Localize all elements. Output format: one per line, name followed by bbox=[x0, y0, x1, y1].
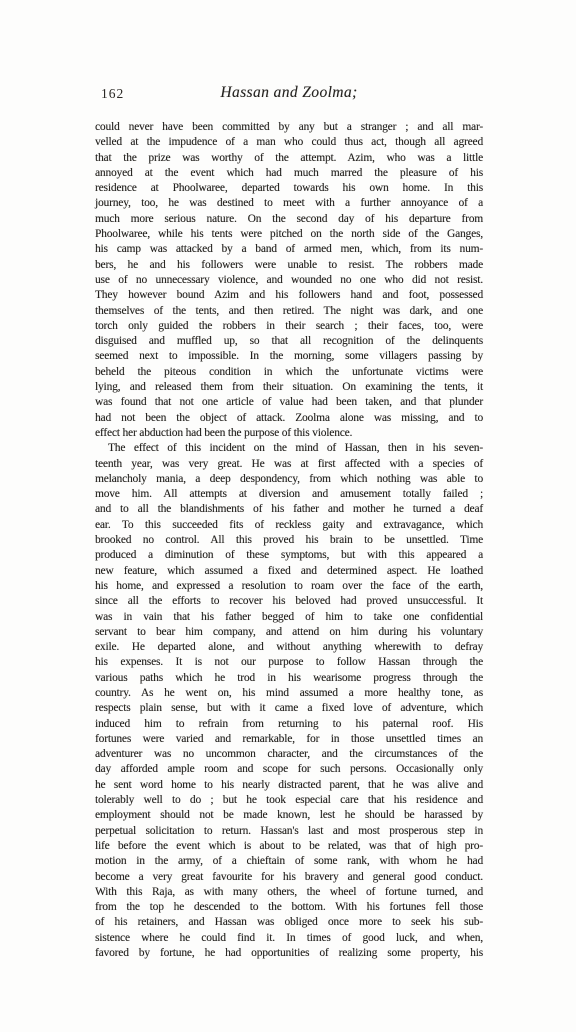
text-line: was in vain that his father begged of hi… bbox=[95, 610, 483, 625]
text-line: Phoolwaree, while his tents were pitched… bbox=[95, 227, 483, 242]
text-line: he sent word home to his nearly distract… bbox=[95, 778, 483, 793]
text-line: effect her abduction had been the purpos… bbox=[95, 426, 483, 441]
text-line: annoyed at the event which had much marr… bbox=[95, 166, 483, 181]
text-line: With this Raja, as with many others, the… bbox=[95, 885, 483, 900]
text-line: motion in the army, of a chieftain of so… bbox=[95, 854, 483, 869]
text-line: his expenses. It is not our purpose to f… bbox=[95, 655, 483, 670]
text-block: 162 Hassan and Zoolma; could never have … bbox=[95, 84, 483, 961]
text-line: perpetual solicitation to return. Hassan… bbox=[95, 824, 483, 839]
text-line: tolerably well to do ; but he took espec… bbox=[95, 793, 483, 808]
text-line: exile. He departed alone, and without an… bbox=[95, 640, 483, 655]
text-line: journey, too, he was destined to meet wi… bbox=[95, 196, 483, 211]
text-line: sistence where he could find it. In time… bbox=[95, 931, 483, 946]
page-header: 162 Hassan and Zoolma; bbox=[95, 84, 483, 104]
text-line: country. As he went on, his mind assumed… bbox=[95, 686, 483, 701]
text-line: themselves of the tents, and then retire… bbox=[95, 304, 483, 319]
text-line: could never have been committed by any b… bbox=[95, 120, 483, 135]
text-line: They however bound Azim and his follower… bbox=[95, 288, 483, 303]
text-line: that the prize was worthy of the attempt… bbox=[95, 151, 483, 166]
text-line: velled at the impudence of a man who cou… bbox=[95, 135, 483, 150]
text-line: his home, and expressed a resolution to … bbox=[95, 579, 483, 594]
text-line: and to all the blandishments of his fath… bbox=[95, 502, 483, 517]
running-title: Hassan and Zoolma; bbox=[95, 84, 483, 102]
text-line: was found that not one article of value … bbox=[95, 395, 483, 410]
text-line: from the top he descended to the bottom.… bbox=[95, 900, 483, 915]
text-line: become a very great favourite for his br… bbox=[95, 870, 483, 885]
text-line: of his retainers, and Hassan was obliged… bbox=[95, 915, 483, 930]
text-line: torch only guided the robbers in their s… bbox=[95, 319, 483, 334]
text-line: teenth year, was very great. He was at f… bbox=[95, 457, 483, 472]
text-line: ear. To this succeeded fits of reckless … bbox=[95, 518, 483, 533]
page-number: 162 bbox=[101, 86, 124, 102]
text-line: adventurer was no uncommon character, an… bbox=[95, 747, 483, 762]
text-line: respects plain sense, but with it came a… bbox=[95, 701, 483, 716]
text-line: new feature, which assumed a fixed and d… bbox=[95, 564, 483, 579]
text-line: residence at Phoolwaree, departed toward… bbox=[95, 181, 483, 196]
text-line: use of no unnecessary violence, and woun… bbox=[95, 273, 483, 288]
text-line: employment should not be made known, les… bbox=[95, 808, 483, 823]
text-line: move him. All attempts at diversion and … bbox=[95, 487, 483, 502]
text-line: various paths which he trod in his weari… bbox=[95, 671, 483, 686]
text-line: beheld the piteous condition in which th… bbox=[95, 365, 483, 380]
text-line: seemed next to impossible. In the mornin… bbox=[95, 349, 483, 364]
text-line: day afforded ample room and scope for su… bbox=[95, 762, 483, 777]
text-line: bers, he and his followers were unable t… bbox=[95, 258, 483, 273]
text-line: induced him to refrain from returning to… bbox=[95, 717, 483, 732]
text-line: brooked no control. All this proved his … bbox=[95, 533, 483, 548]
text-line: produced a diminution of these symptoms,… bbox=[95, 548, 483, 563]
text-line: The effect of this incident on the mind … bbox=[95, 441, 483, 456]
paragraph: The effect of this incident on the mind … bbox=[95, 441, 483, 961]
text-line: servant to bear him company, and attend … bbox=[95, 625, 483, 640]
text-line: since all the efforts to recover his bel… bbox=[95, 594, 483, 609]
body-paragraphs: could never have been committed by any b… bbox=[95, 120, 483, 961]
text-line: his camp was attacked by a band of armed… bbox=[95, 242, 483, 257]
text-line: lying, and released them from their situ… bbox=[95, 380, 483, 395]
text-line: fortunes were varied and remarkable, for… bbox=[95, 732, 483, 747]
paragraph: could never have been committed by any b… bbox=[95, 120, 483, 441]
text-line: life before the event which is about to … bbox=[95, 839, 483, 854]
text-line: favored by fortune, he had opportunities… bbox=[95, 946, 483, 961]
text-line: much more serious nature. On the second … bbox=[95, 212, 483, 227]
text-line: melancholy mania, a deep despondency, fr… bbox=[95, 472, 483, 487]
text-line: had not been the object of attack. Zoolm… bbox=[95, 411, 483, 426]
book-page-scan: 162 Hassan and Zoolma; could never have … bbox=[0, 0, 576, 1032]
text-line: disguised and muffled up, so that all re… bbox=[95, 334, 483, 349]
